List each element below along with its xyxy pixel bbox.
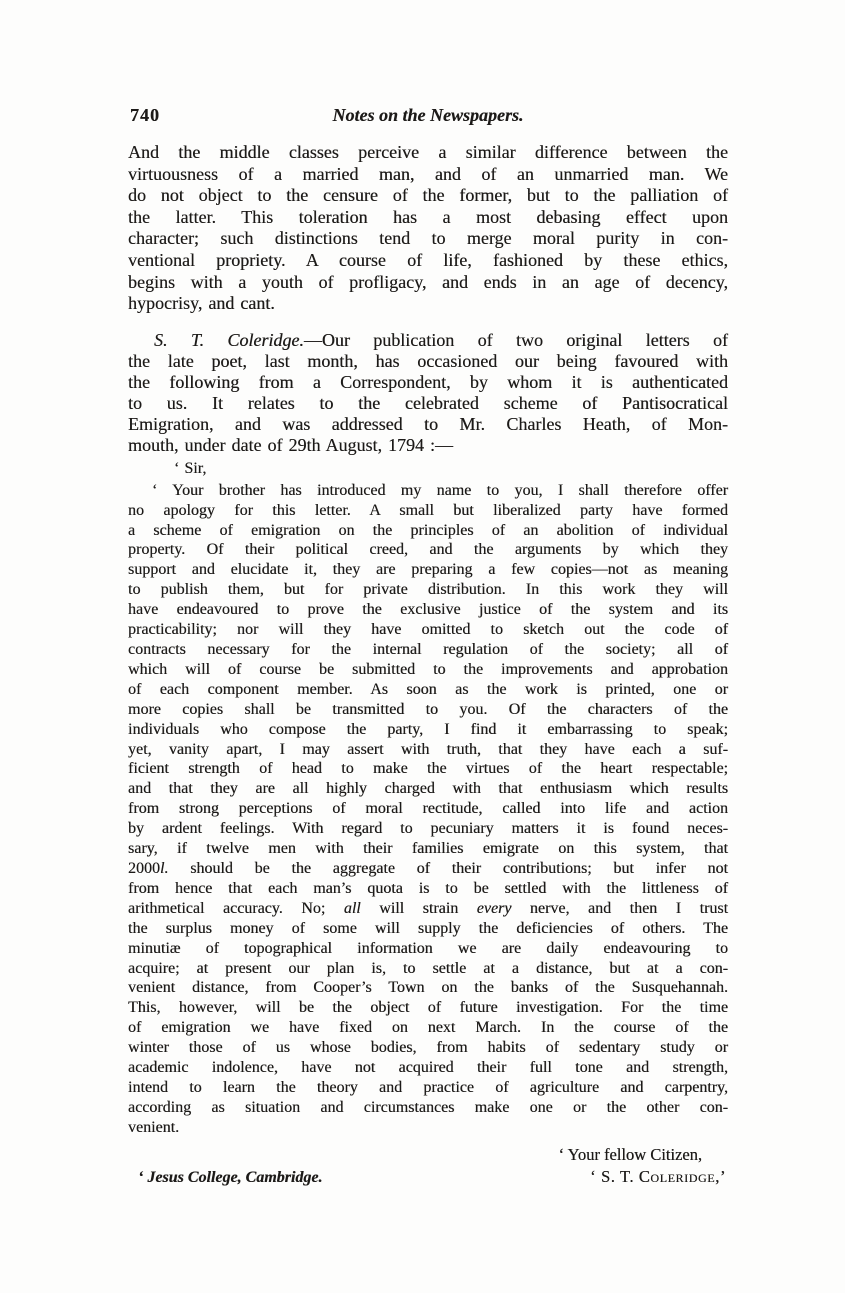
print-line: acquire; at present our plan is, to sett… [128,959,728,979]
print-line: from strong perceptions of moral rectitu… [128,799,728,819]
print-line: S. T. Coleridge.—Our publication of two … [128,330,728,351]
print-line: ventional propriety. A course of life, f… [128,250,728,272]
print-line: This, however, will be the object of fut… [128,998,728,1018]
print-line: ‘ Your brother has introduced my name to… [128,481,728,501]
print-line: the latter. This toleration has a most d… [128,207,728,229]
closing-place: ‘ Jesus College, Cambridge. [128,1167,322,1189]
print-line: mouth, under date of 29th August, 1794 :… [128,435,728,456]
print-line: property. Of their political creed, and … [128,540,728,560]
print-line: of each component member. As soon as the… [128,680,728,700]
print-line: have endeavoured to prove the exclusive … [128,600,728,620]
print-line: minutiæ of topographical information we … [128,939,728,959]
text-block: 740 Notes on the Newspapers. And the mid… [128,104,728,1189]
letter-body: ‘ Your brother has introduced my name to… [128,481,728,1138]
print-line: character; such distinctions tend to mer… [128,228,728,250]
print-line: 2000l. should be the aggregate of their … [128,859,728,879]
print-line: and that they are all highly charged wit… [128,779,728,799]
print-line: yet, vanity apart, I may assert with tru… [128,740,728,760]
print-line: contracts necessary for the internal reg… [128,640,728,660]
running-title: Notes on the Newspapers. [128,104,728,126]
print-line: no apology for this letter. A small but … [128,501,728,521]
print-line: begins with a youth of profligacy, and e… [128,272,728,294]
print-line: practicability; nor will they have omitt… [128,620,728,640]
print-line: of emigration we have fixed on next Marc… [128,1018,728,1038]
print-line: Emigration, and was addressed to Mr. Cha… [128,414,728,435]
page-number: 740 [130,104,160,126]
print-line: academic indolence, have not acquired th… [128,1058,728,1078]
print-line: the following from a Correspondent, by w… [128,372,728,393]
print-line: a scheme of emigration on the principles… [128,521,728,541]
print-line: individuals who compose the party, I fin… [128,720,728,740]
print-line: And the middle classes perceive a simila… [128,142,728,164]
print-line: hypocrisy, and cant. [128,293,728,315]
print-line: arithmetical accuracy. No; all will stra… [128,899,728,919]
letter-salutation: ‘ Sir, [128,459,728,479]
print-line: which will of course be submitted to the… [128,660,728,680]
article-body: And the middle classes perceive a simila… [128,142,728,1189]
print-line: venient. [128,1118,728,1138]
print-line: virtuousness of a married man, and of an… [128,164,728,186]
print-line: support and elucidate it, they are prepa… [128,560,728,580]
print-line: according as situation and circumstances… [128,1098,728,1118]
print-line: from hence that each man’s quota is to b… [128,879,728,899]
print-line: intend to learn the theory and practice … [128,1078,728,1098]
scanned-page: 740 Notes on the Newspapers. And the mid… [0,0,845,1293]
closing-signature-row: ‘ Jesus College, Cambridge. ‘ S. T. Cole… [128,1166,728,1189]
print-line: do not object to the censure of the form… [128,185,728,207]
paragraph-coleridge-intro: S. T. Coleridge.—Our publication of two … [128,330,728,456]
print-line: by ardent feelings. With regard to pecun… [128,819,728,839]
print-line: the late poet, last month, has occasione… [128,351,728,372]
closing-signature: ‘ S. T. Coleridge,’ [590,1166,728,1188]
print-line: the surplus money of some will supply th… [128,919,728,939]
paragraph-middle-classes: And the middle classes perceive a simila… [128,142,728,315]
closing-fellow-citizen: ‘ Your fellow Citizen, [128,1144,728,1166]
page-header: 740 Notes on the Newspapers. [128,104,728,126]
print-line: ficient strength of head to make the vir… [128,759,728,779]
letter-closing: ‘ Your fellow Citizen, ‘ Jesus College, … [128,1144,728,1189]
print-line: more copies shall be transmitted to you.… [128,700,728,720]
print-line: to publish them, but for private distrib… [128,580,728,600]
print-line: winter those of us whose bodies, from ha… [128,1038,728,1058]
print-line: venient distance, from Cooper’s Town on … [128,978,728,998]
print-line: sary, if twelve men with their families … [128,839,728,859]
print-line: to us. It relates to the celebrated sche… [128,393,728,414]
